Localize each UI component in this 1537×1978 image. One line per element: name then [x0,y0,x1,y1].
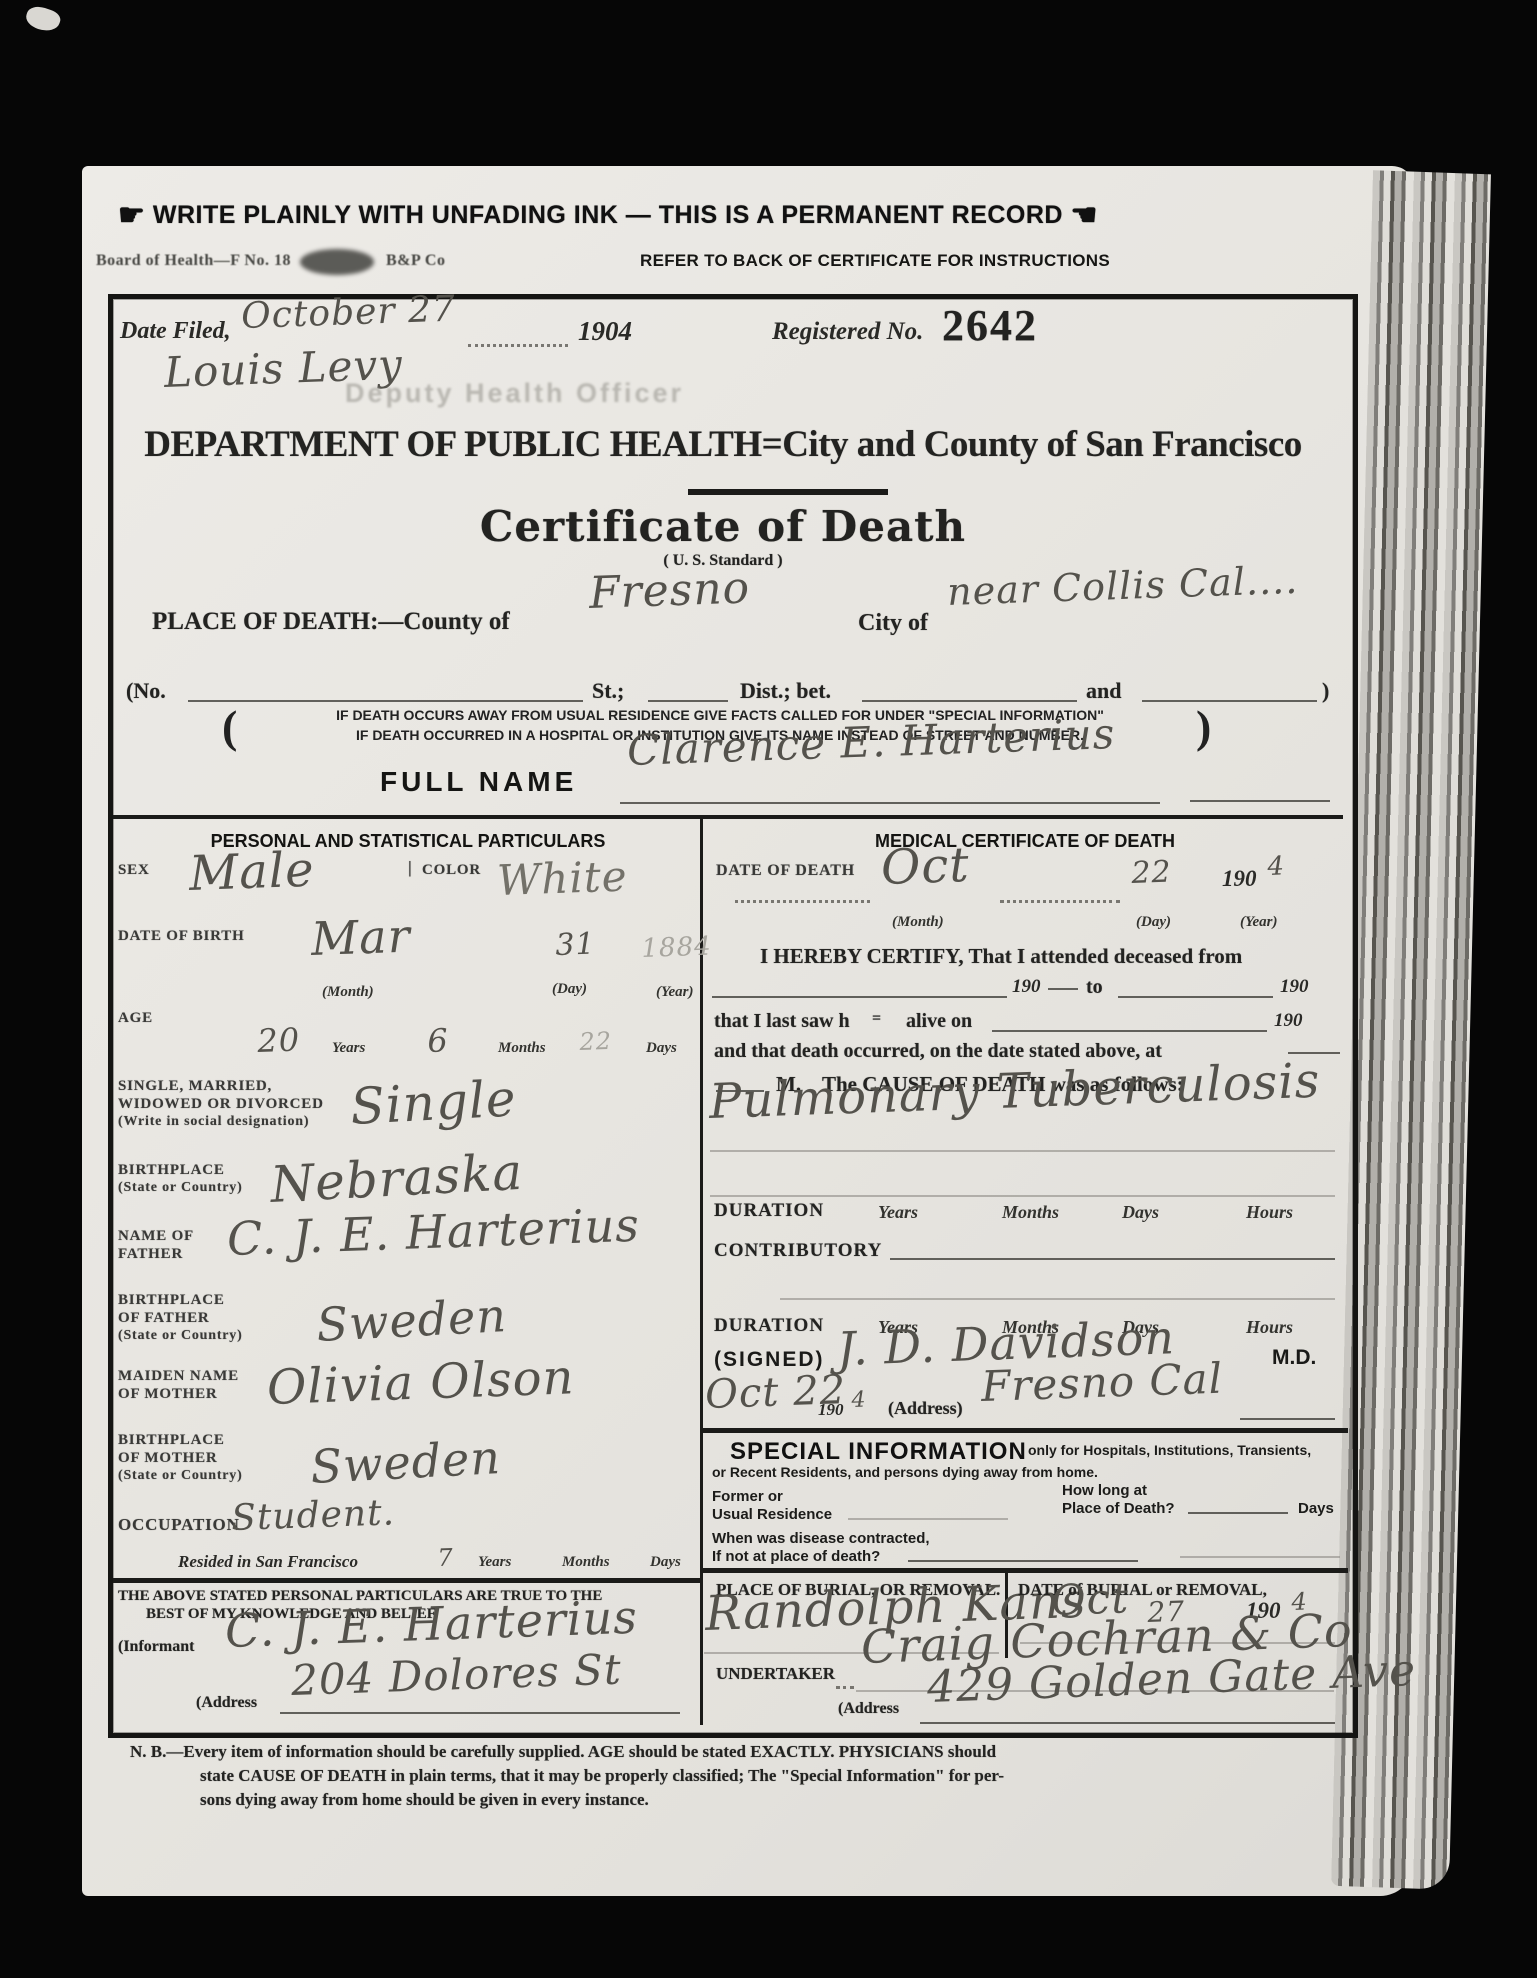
burial-top-rule [703,1568,1348,1573]
cause-line-2 [710,1195,1335,1197]
duration-months-caption: Months [1002,1202,1059,1223]
duration-years-caption: Years [878,1202,918,1223]
age-years-value: 20 [257,1021,301,1060]
year-caption: (Year) [656,984,694,1001]
birthplace-label: BIRTHPLACE [118,1162,225,1179]
registered-no-label: Registered No. [772,318,923,346]
full-name-line-2 [1190,800,1330,802]
informant-address-label: (Address [196,1694,257,1712]
certificate-of-death-title: Certificate of Death [120,502,1326,551]
st-label: St.; [592,678,624,704]
dod-year-caption: (Year) [1240,914,1278,931]
undertaker-address-label: (Address [838,1700,899,1718]
certify-190b: 190 [1280,976,1309,998]
date-of-birth-label: DATE OF BIRTH [118,928,245,945]
how-long-label-2: Place of Death? [1062,1500,1175,1517]
date-filed-label: Date Filed, [120,318,231,345]
mother-name-value: Olivia Olson [266,1349,575,1416]
dod-day-value: 22 [1131,855,1172,891]
disease-contracted-line-2 [1180,1556,1340,1558]
color-value: White [496,851,628,905]
sex-value: Male [188,842,315,902]
date-filed-value: October 27 [241,289,457,337]
former-residence-label-2: Usual Residence [712,1506,832,1523]
father-birthplace-value: Sweden [315,1288,508,1352]
month-caption: (Month) [322,984,374,1001]
duration2-hours-caption: Hours [1246,1317,1293,1338]
cause-line-1 [710,1150,1335,1152]
scanned-death-certificate-page: ☛ WRITE PLAINLY WITH UNFADING INK — THIS… [0,0,1537,1978]
banner: ☛ WRITE PLAINLY WITH UNFADING INK — THIS… [118,196,1078,231]
former-residence-label-1: Former or [712,1488,783,1505]
paren-close: ) [1322,678,1329,704]
form-number-note: Board of Health—F No. 18 [96,252,291,270]
father-birthplace-label-1: BIRTHPLACE [118,1292,225,1309]
disease-contracted-label-1: When was disease contracted, [712,1530,930,1547]
resided-months-caption: Months [562,1554,610,1571]
marital-label-2: WIDOWED OR DIVORCED [118,1096,324,1113]
place-of-death-label: PLACE OF DEATH:—County of [152,608,510,636]
pointing-hand-right-icon: ☛ [118,199,145,232]
signed-year-print: 190 [818,1400,844,1420]
marital-label-3: (Write in social designation) [118,1114,309,1130]
father-name-label-2: FATHER [118,1246,183,1263]
special-info-header: SPECIAL INFORMATION [730,1438,1027,1466]
contributory-label: CONTRIBUTORY [714,1240,882,1262]
title-divider [688,489,888,495]
disease-contracted-line [908,1560,1138,1562]
footnote-line-3: sons dying away from home should be give… [200,1790,649,1810]
special-info-subtext-1: only for Hospitals, Institutions, Transi… [1028,1442,1311,1458]
no-label: (No. [126,678,166,704]
age-days-caption: Days [646,1040,677,1057]
physician-address-label: (Address) [888,1398,963,1419]
note-paren-close: ) [1196,700,1211,753]
bet-fill-line [862,700,1077,702]
pointing-hand-left-icon: ☚ [1070,199,1097,232]
full-name-label: FULL NAME [380,766,577,798]
duration-days-caption: Days [1122,1202,1159,1223]
medical-column-header: MEDICAL CERTIFICATE OF DEATH [720,831,1330,852]
mother-birthplace-label-2: OF MOTHER [118,1450,218,1467]
dod-day-caption: (Day) [1136,914,1171,931]
age-label: AGE [118,1010,153,1027]
special-info-top-rule [703,1428,1348,1433]
mother-birthplace-label-1: BIRTHPLACE [118,1432,225,1449]
dob-month-value: Mar [310,909,411,966]
certify-statement: I HEREBY CERTIFY, That I attended deceas… [760,944,1242,969]
occupation-value: Student. [231,1492,396,1539]
certify-to-line [1118,996,1273,998]
marital-value: Single [349,1069,518,1136]
mother-birthplace-caption: (State or Country) [118,1468,243,1484]
sex-label: SEX [118,862,150,879]
former-residence-line [848,1518,1008,1520]
undertaker-lead [836,1686,854,1689]
and-fill-line [1142,700,1317,702]
alive-on-line [992,1030,1267,1032]
occupation-label: OCCUPATION [118,1515,240,1535]
how-long-label-1: How long at [1062,1482,1147,1499]
dod-month-caption: (Month) [892,914,944,931]
resided-years-caption: Years [478,1554,511,1571]
resided-label: Resided in San Francisco [178,1552,358,1572]
how-long-days-caption: Days [1298,1500,1334,1517]
undertaker-address-line [920,1722,1335,1724]
refer-to-back-note: REFER TO BACK OF CERTIFICATE FOR INSTRUC… [640,251,1110,271]
resided-days-caption: Days [650,1554,681,1571]
disease-contracted-label-2: If not at place of death? [712,1548,880,1565]
duration2-label: DURATION [714,1315,824,1337]
dotted-fill [468,344,568,347]
day-caption: (Day) [552,981,587,998]
footnote-line-2: state CAUSE OF DEATH in plain terms, tha… [200,1766,1004,1786]
age-months-caption: Months [498,1040,546,1057]
county-value: Fresno [588,562,751,619]
birthplace-caption: (State or Country) [118,1180,243,1196]
and-label: and [1086,678,1121,704]
resided-years-value: 7 [437,1543,454,1572]
last-saw-eq: = [872,1010,881,1028]
contributory-line-2 [780,1298,1335,1300]
certify-dash-a [1048,988,1078,990]
scan-artifact [23,3,62,34]
dod-year-hw: 4 [1267,851,1286,882]
alive-190c: 190 [1274,1010,1303,1032]
note-paren-open: ( [222,700,237,753]
printer-stamp-smudge [300,249,374,275]
physician-address-line [1240,1418,1335,1420]
certify-to-label: to [1086,976,1103,999]
department-title: DEPARTMENT OF PUBLIC HEALTH=City and Cou… [120,423,1326,466]
age-years-caption: Years [332,1040,365,1057]
color-divider: | [408,858,413,878]
banner-text: WRITE PLAINLY WITH UNFADING INK — THIS I… [153,201,1063,229]
informant-label: (Informant [118,1638,194,1656]
signed-year-hw: 4 [851,1387,867,1413]
special-info-subtext-2: or Recent Residents, and persons dying a… [712,1464,1098,1480]
city-label: City of [858,610,928,637]
age-days-value: 22 [579,1027,613,1056]
contributory-line [890,1258,1335,1260]
footnote-line-1: N. B.—Every item of information should b… [130,1742,996,1762]
mother-birthplace-value: Sweden [309,1430,502,1494]
attest-rule [113,1578,703,1583]
undertaker-label: UNDERTAKER [716,1664,835,1684]
color-label: COLOR [422,862,481,879]
informant-address-line [280,1712,680,1714]
physician-address-value: Fresno Cal [980,1354,1224,1411]
deputy-health-officer-stamp: Deputy Health Officer [345,378,684,409]
father-birthplace-caption: (State or Country) [118,1328,243,1344]
dod-month-value: Oct [880,837,970,896]
street-fill-line [188,700,583,702]
dob-year-value: 1884 [641,932,712,964]
dod-lead-line [735,900,870,903]
certify-190a: 190 [1012,976,1041,998]
certify-from-line [712,996,1007,998]
registered-number: 2642 [942,300,1038,351]
columns-top-rule [113,815,1343,819]
duration-hours-caption: Hours [1246,1202,1293,1223]
dod-year-print: 190 [1222,866,1257,892]
date-filed-year: 1904 [578,316,632,347]
dist-fill-line [648,700,728,702]
marital-label-1: SINGLE, MARRIED, [118,1078,272,1095]
printer-imprint: B&P Co [386,252,445,270]
last-saw-statement: that I last saw h [714,1010,850,1033]
full-name-line [620,802,1160,804]
alive-on-label: alive on [906,1010,972,1033]
father-birthplace-label-2: OF FATHER [118,1310,210,1327]
md-label: M.D. [1272,1346,1316,1370]
dob-day-value: 31 [555,927,596,963]
age-months-value: 6 [427,1021,450,1060]
dod-mid-line [1000,900,1120,903]
duration-label: DURATION [714,1200,824,1222]
date-of-death-label: DATE OF DEATH [716,862,855,880]
how-long-line [1188,1512,1288,1514]
father-name-label-1: NAME OF [118,1228,194,1245]
mother-name-label-2: OF MOTHER [118,1386,218,1403]
dist-bet-label: Dist.; bet. [740,678,831,704]
mother-name-label-1: MAIDEN NAME [118,1368,239,1385]
